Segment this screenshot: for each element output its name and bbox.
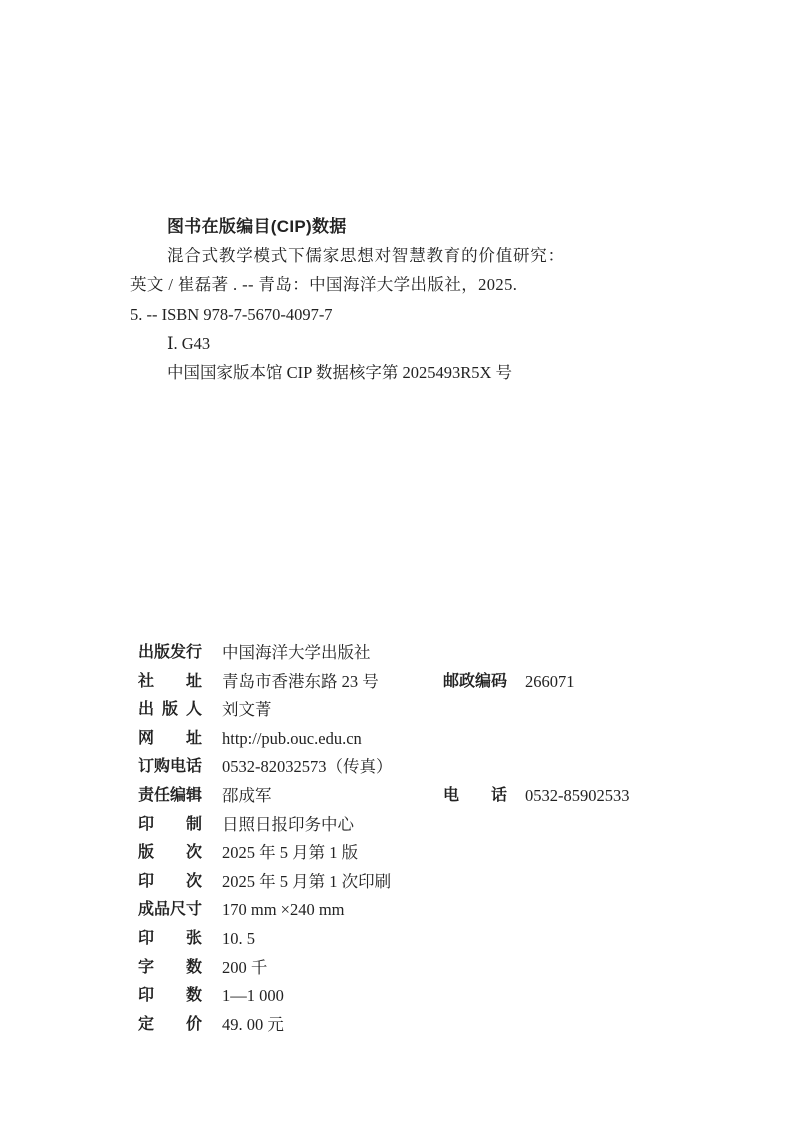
cip-line: 5. -- ISBN 978-7-5670-4097-7 bbox=[0, 300, 799, 329]
cip-title-line: 图书在版编目(CIP)数据 bbox=[0, 212, 799, 241]
colophon-row-website: 网址 http://pub.ouc.edu.cn bbox=[0, 725, 799, 754]
colophon-value: 日照日报印务中心 bbox=[222, 811, 354, 840]
colophon-row-word-count: 字数 200 千 bbox=[0, 954, 799, 983]
copyright-page: 图书在版编目(CIP)数据 混合式教学模式下儒家思想对智慧教育的价值研究： 英文… bbox=[0, 0, 799, 1129]
colophon-value-url: http://pub.ouc.edu.cn bbox=[222, 725, 362, 754]
colophon-value: 10. 5 bbox=[222, 925, 255, 954]
colophon-label: 责任编辑 bbox=[138, 782, 202, 811]
colophon-value: 中国海洋大学出版社 bbox=[222, 639, 371, 668]
colophon-row-edition: 版次 2025 年 5 月第 1 版 bbox=[0, 839, 799, 868]
colophon-right-value: 0532-85902533 bbox=[525, 782, 630, 811]
colophon-value: 170 mm ×240 mm bbox=[222, 896, 345, 925]
colophon-label: 印张 bbox=[138, 925, 202, 954]
cip-isbn-text: 5. -- ISBN 978-7-5670-4097-7 bbox=[130, 300, 333, 329]
colophon-right-value: 266071 bbox=[525, 668, 575, 697]
colophon-value: 2025 年 5 月第 1 次印刷 bbox=[222, 868, 391, 897]
colophon-label: 网址 bbox=[138, 725, 202, 754]
cip-title: 图书在版编目(CIP)数据 bbox=[167, 212, 347, 241]
colophon-row-sheets: 印张 10. 5 bbox=[0, 925, 799, 954]
cip-classification-text: Ⅰ. G43 bbox=[167, 329, 210, 358]
colophon-value: 200 千 bbox=[222, 954, 267, 983]
colophon-row-printer: 印制 日照日报印务中心 bbox=[0, 811, 799, 840]
colophon-row-price: 定价 49. 00 元 bbox=[0, 1011, 799, 1040]
colophon-row-print-run: 印数 1—1 000 bbox=[0, 982, 799, 1011]
cip-line: 混合式教学模式下儒家思想对智慧教育的价值研究： bbox=[0, 241, 799, 270]
colophon-label: 印次 bbox=[138, 868, 202, 897]
colophon-label: 版次 bbox=[138, 839, 202, 868]
cip-book-title-text: 混合式教学模式下儒家思想对智慧教育的价值研究： bbox=[167, 241, 565, 270]
cip-record-number-text: 中国国家版本馆 CIP 数据核字第 2025493R5X 号 bbox=[167, 358, 512, 387]
colophon-label: 印数 bbox=[138, 982, 202, 1011]
colophon-label: 社址 bbox=[138, 668, 202, 697]
colophon-row-editor: 责任编辑 邵成军 电话 0532-85902533 bbox=[0, 782, 799, 811]
colophon-row-publisher: 出版发行 中国海洋大学出版社 bbox=[0, 639, 799, 668]
colophon-label: 成品尺寸 bbox=[138, 896, 202, 925]
colophon-right-label: 电话 bbox=[443, 782, 507, 811]
colophon-right-label: 邮政编码 bbox=[443, 668, 507, 697]
colophon-value: 0532-82032573（传真） bbox=[222, 753, 393, 782]
cip-line: 英文 / 崔磊著 . -- 青岛：中国海洋大学出版社，2025. bbox=[0, 270, 799, 299]
colophon-label: 订购电话 bbox=[138, 753, 202, 782]
colophon-block: 出版发行 中国海洋大学出版社 社址 青岛市香港东路 23 号 邮政编码 2660… bbox=[0, 639, 799, 1039]
cip-publisher-text: 英文 / 崔磊著 . -- 青岛：中国海洋大学出版社，2025. bbox=[130, 270, 517, 299]
colophon-label: 出版人 bbox=[138, 696, 202, 725]
colophon-value: 刘文菁 bbox=[222, 696, 272, 725]
colophon-value: 青岛市香港东路 23 号 bbox=[222, 668, 379, 697]
colophon-label: 定价 bbox=[138, 1011, 202, 1040]
colophon-row-impression: 印次 2025 年 5 月第 1 次印刷 bbox=[0, 868, 799, 897]
colophon-label: 字数 bbox=[138, 954, 202, 983]
colophon-value: 1—1 000 bbox=[222, 982, 284, 1011]
cip-line: Ⅰ. G43 bbox=[0, 329, 799, 358]
colophon-label: 出版发行 bbox=[138, 639, 202, 668]
colophon-value: 2025 年 5 月第 1 版 bbox=[222, 839, 358, 868]
colophon-label: 印制 bbox=[138, 811, 202, 840]
colophon-value: 49. 00 元 bbox=[222, 1011, 284, 1040]
colophon-row-trim-size: 成品尺寸 170 mm ×240 mm bbox=[0, 896, 799, 925]
colophon-row-address: 社址 青岛市香港东路 23 号 邮政编码 266071 bbox=[0, 668, 799, 697]
colophon-row-order-phone: 订购电话 0532-82032573（传真） bbox=[0, 753, 799, 782]
colophon-row-publisher-person: 出版人 刘文菁 bbox=[0, 696, 799, 725]
colophon-value: 邵成军 bbox=[222, 782, 272, 811]
cip-line: 中国国家版本馆 CIP 数据核字第 2025493R5X 号 bbox=[0, 358, 799, 387]
cip-block: 图书在版编目(CIP)数据 混合式教学模式下儒家思想对智慧教育的价值研究： 英文… bbox=[0, 212, 799, 387]
